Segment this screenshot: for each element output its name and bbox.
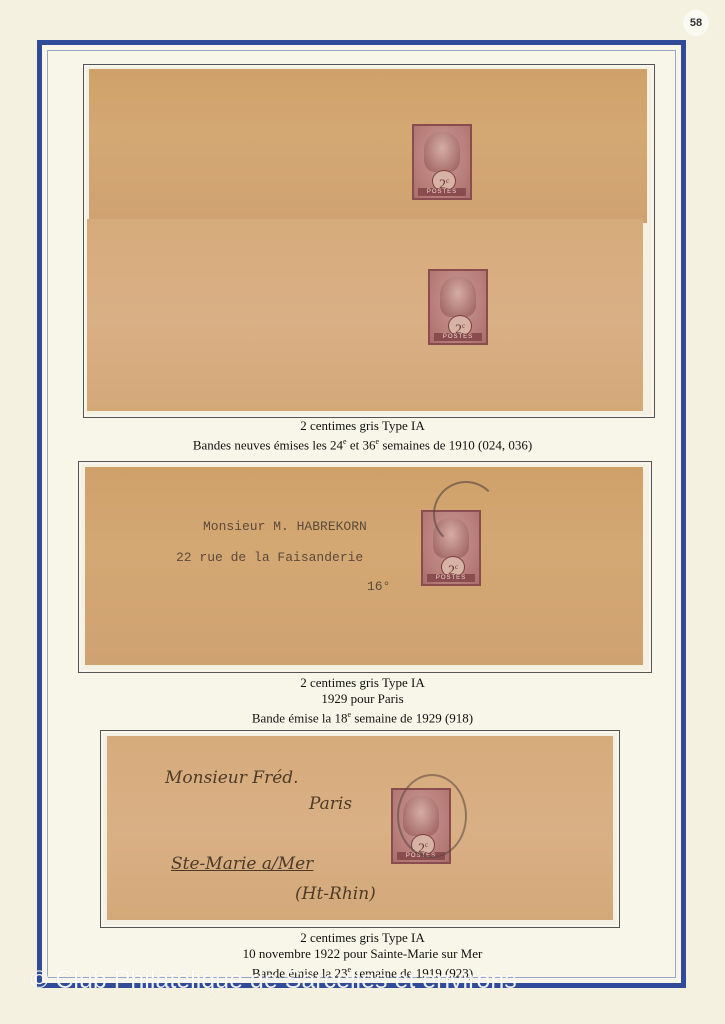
- caption-line: Bande émise la 18e semaine de 1929 (918): [40, 707, 685, 726]
- caption-line: 1929 pour Paris: [40, 691, 685, 707]
- caption-line: 2 centimes gris Type IA: [40, 418, 685, 434]
- copyright-watermark: © Club Philatélique de Sarcelles et envi…: [30, 966, 517, 995]
- wrapper-band-1a: 2c POSTES: [89, 69, 647, 223]
- stamp-figure: [440, 277, 476, 317]
- handwritten-address-line-3: Ste-Marie a/Mer: [171, 854, 313, 874]
- caption-item-1: 2 centimes gris Type IA Bandes neuves ém…: [40, 418, 685, 453]
- typed-address-line-2: 22 rue de la Faisanderie: [176, 550, 363, 565]
- postmark: [397, 774, 467, 858]
- caption-item-2: 2 centimes gris Type IA 1929 pour Paris …: [40, 675, 685, 726]
- handwritten-address-line-2: Paris: [309, 794, 352, 814]
- typed-address-line-3: 16°: [367, 579, 390, 594]
- mount-item-3: Monsieur Fréd. Paris Ste-Marie a/Mer (Ht…: [100, 730, 620, 928]
- stamp-label: POSTES: [418, 188, 466, 196]
- wrapper-band-1b: 2c POSTES: [87, 219, 643, 411]
- caption-line: 10 novembre 1922 pour Sainte-Marie sur M…: [40, 946, 685, 962]
- mount-item-1: 2c POSTES 2c POSTES: [83, 64, 655, 418]
- stamp-label: POSTES: [427, 574, 475, 582]
- stamp-2c-blanc: 2c POSTES: [412, 124, 472, 200]
- handwritten-address-line-4: (Ht-Rhin): [295, 884, 376, 904]
- stamp-figure: [424, 132, 460, 172]
- caption-line: 2 centimes gris Type IA: [40, 930, 685, 946]
- caption-line: Bandes neuves émises les 24e et 36e sema…: [40, 434, 685, 453]
- postmark: [433, 481, 499, 547]
- handwritten-address-line-1: Monsieur Fréd.: [165, 768, 299, 788]
- page-number: 58: [683, 10, 709, 36]
- wrapper-band-2: Monsieur M. HABREKORN 22 rue de la Faisa…: [85, 467, 643, 665]
- wrapper-band-3: Monsieur Fréd. Paris Ste-Marie a/Mer (Ht…: [107, 736, 613, 920]
- stamp-2c-blanc: 2c POSTES: [428, 269, 488, 345]
- stamp-label: POSTES: [434, 333, 482, 341]
- typed-address-line-1: Monsieur M. HABREKORN: [203, 519, 367, 534]
- caption-line: 2 centimes gris Type IA: [40, 675, 685, 691]
- mount-item-2: Monsieur M. HABREKORN 22 rue de la Faisa…: [78, 461, 652, 673]
